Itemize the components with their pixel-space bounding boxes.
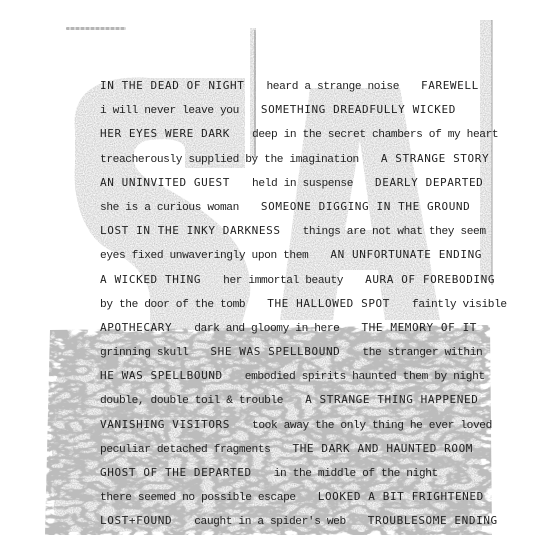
- phrase: A STRANGE STORY: [381, 152, 489, 165]
- phrase: HER EYES WERE DARK: [100, 127, 230, 140]
- phrase-line: AN UNINVITED GUESTheld in suspenseDEARLY…: [100, 171, 500, 195]
- phrase: caught in a spider's web: [194, 516, 346, 528]
- phrase: SOMETHING DREADFULLY WICKED: [261, 103, 456, 116]
- phrase: TROUBLESOME ENDING: [368, 514, 498, 527]
- phrase-line: A WICKED THINGher immortal beautyAURA OF…: [100, 268, 500, 292]
- phrase-line: grinning skullSHE WAS SPELLBOUNDthe stra…: [100, 340, 500, 364]
- phrase: THE DARK AND HAUNTED ROOM: [292, 442, 473, 455]
- phrase: LOOKED A BIT FRIGHTENED: [318, 490, 484, 503]
- phrase: HE WAS SPELLBOUND: [100, 369, 223, 382]
- phrase: SOMEONE DIGGING IN THE GROUND: [261, 200, 470, 213]
- phrase-line: LOST IN THE INKY DARKNESSthings are not …: [100, 219, 500, 243]
- phrase: in the middle of the night: [274, 468, 438, 480]
- phrase-line: peculiar detached fragmentsTHE DARK AND …: [100, 437, 500, 461]
- phrase: A WICKED THING: [100, 273, 201, 286]
- phrase: eyes fixed unwaveringly upon them: [100, 250, 308, 262]
- top-left-dash-mark: [66, 27, 126, 30]
- phrase: SHE WAS SPELLBOUND: [210, 345, 340, 358]
- phrase: treacherously supplied by the imaginatio…: [100, 154, 359, 166]
- phrase: dark and gloomy in here: [194, 323, 339, 335]
- phrase: there seemed no possible escape: [100, 492, 296, 504]
- phrase: LOST+FOUND: [100, 514, 172, 527]
- phrase: LOST IN THE INKY DARKNESS: [100, 224, 281, 237]
- phrase: held in suspense: [252, 178, 353, 190]
- phrase: AN UNINVITED GUEST: [100, 176, 230, 189]
- phrase-line: VANISHING VISITORStook away the only thi…: [100, 413, 500, 437]
- phrase: A STRANGE THING HAPPENED: [305, 393, 478, 406]
- phrase: VANISHING VISITORS: [100, 418, 230, 431]
- phrase-list: IN THE DEAD OF NIGHTheard a strange nois…: [100, 74, 500, 534]
- phrase: GHOST OF THE DEPARTED: [100, 466, 252, 479]
- phrase: DEARLY DEPARTED: [375, 176, 483, 189]
- phrase-line: double, double toil & troubleA STRANGE T…: [100, 388, 500, 412]
- phrase: she is a curious woman: [100, 202, 239, 214]
- phrase-line: LOST+FOUNDcaught in a spider's webTROUBL…: [100, 509, 500, 533]
- phrase-line: HER EYES WERE DARKdeep in the secret cha…: [100, 122, 500, 146]
- phrase: her immortal beauty: [223, 275, 343, 287]
- phrase-line: i will never leave youSOMETHING DREADFUL…: [100, 98, 500, 122]
- phrase: THE HALLOWED SPOT: [267, 297, 390, 310]
- phrase: THE MEMORY OF IT: [361, 321, 477, 334]
- phrase-line: IN THE DEAD OF NIGHTheard a strange nois…: [100, 74, 500, 98]
- phrase: grinning skull: [100, 347, 188, 359]
- phrase-line: HE WAS SPELLBOUNDembodied spirits haunte…: [100, 364, 500, 388]
- phrase: things are not what they seem: [303, 226, 486, 238]
- phrase: heard a strange noise: [266, 81, 399, 93]
- phrase: peculiar detached fragments: [100, 444, 270, 456]
- phrase: embodied spirits haunted them by night: [245, 371, 485, 383]
- phrase: IN THE DEAD OF NIGHT: [100, 79, 244, 92]
- phrase: by the door of the tomb: [100, 299, 245, 311]
- phrase: took away the only thing he ever loved: [252, 420, 492, 432]
- phrase: AURA OF FOREBODING: [365, 273, 495, 286]
- phrase-line: by the door of the tombTHE HALLOWED SPOT…: [100, 292, 500, 316]
- phrase-line: eyes fixed unwaveringly upon themAN UNFO…: [100, 243, 500, 267]
- phrase: i will never leave you: [100, 105, 239, 117]
- phrase-line: treacherously supplied by the imaginatio…: [100, 147, 500, 171]
- phrase: FAREWELL: [421, 79, 479, 92]
- phrase: deep in the secret chambers of my heart: [252, 129, 498, 141]
- phrase-line: APOTHECARYdark and gloomy in hereTHE MEM…: [100, 316, 500, 340]
- phrase: AN UNFORTUNATE ENDING: [330, 248, 482, 261]
- phrase-line: there seemed no possible escapeLOOKED A …: [100, 485, 500, 509]
- phrase: double, double toil & trouble: [100, 395, 283, 407]
- phrase: the stranger within: [362, 347, 482, 359]
- phrase: faintly visible: [412, 299, 507, 311]
- phrase-line: she is a curious womanSOMEONE DIGGING IN…: [100, 195, 500, 219]
- phrase-line: GHOST OF THE DEPARTEDin the middle of th…: [100, 461, 500, 485]
- phrase: APOTHECARY: [100, 321, 172, 334]
- stamp-sheet: IN THE DEAD OF NIGHTheard a strange nois…: [0, 0, 550, 550]
